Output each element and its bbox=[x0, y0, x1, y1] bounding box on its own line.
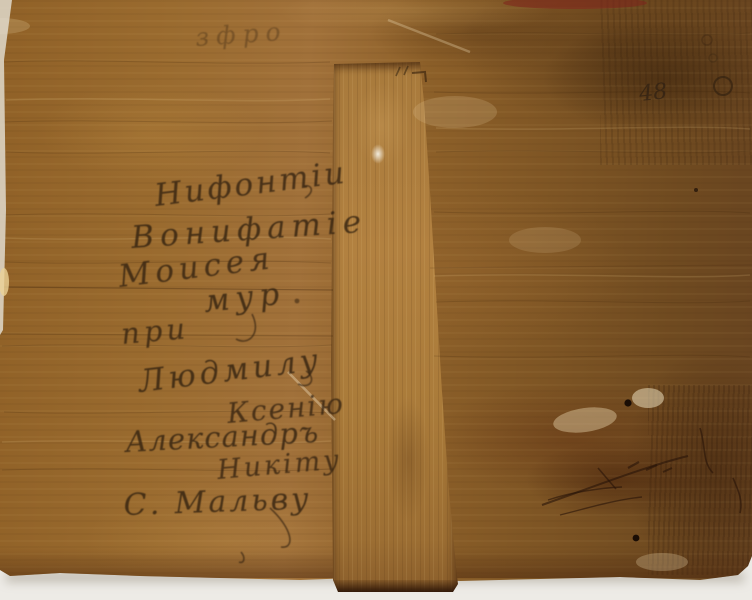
pencil-tick-marks bbox=[396, 66, 408, 76]
pencil-number: 48 bbox=[637, 79, 668, 107]
pencil-faint-circle bbox=[702, 35, 712, 45]
red-stain-top-edge bbox=[503, 0, 647, 9]
pale-stains bbox=[0, 18, 688, 571]
ink-inscription-line: С. Мальву bbox=[123, 481, 312, 523]
ink-inscription-line: Нифонтіи bbox=[152, 155, 350, 214]
worm-holes bbox=[624, 188, 698, 541]
left-edge-bright-spot bbox=[0, 268, 9, 296]
knot-crack-lines bbox=[542, 428, 741, 515]
pencil-faint-circle bbox=[709, 54, 717, 62]
pencil-marks: 48 bbox=[396, 35, 732, 107]
panel-surface-details: 48 зфро Нифонтіи Вонифатіе Моисея мур пр… bbox=[0, 0, 752, 600]
batten-groove-corner-mark bbox=[412, 72, 426, 82]
ink-dot bbox=[295, 299, 300, 304]
ink-inscription-line: мур bbox=[202, 276, 287, 320]
top-scribble: зфро bbox=[194, 17, 288, 52]
ink-inscription-line: при bbox=[120, 311, 191, 351]
photo-of-icon-panel-back: 48 зфро Нифонтіи Вонифатіе Моисея мур пр… bbox=[0, 0, 752, 600]
